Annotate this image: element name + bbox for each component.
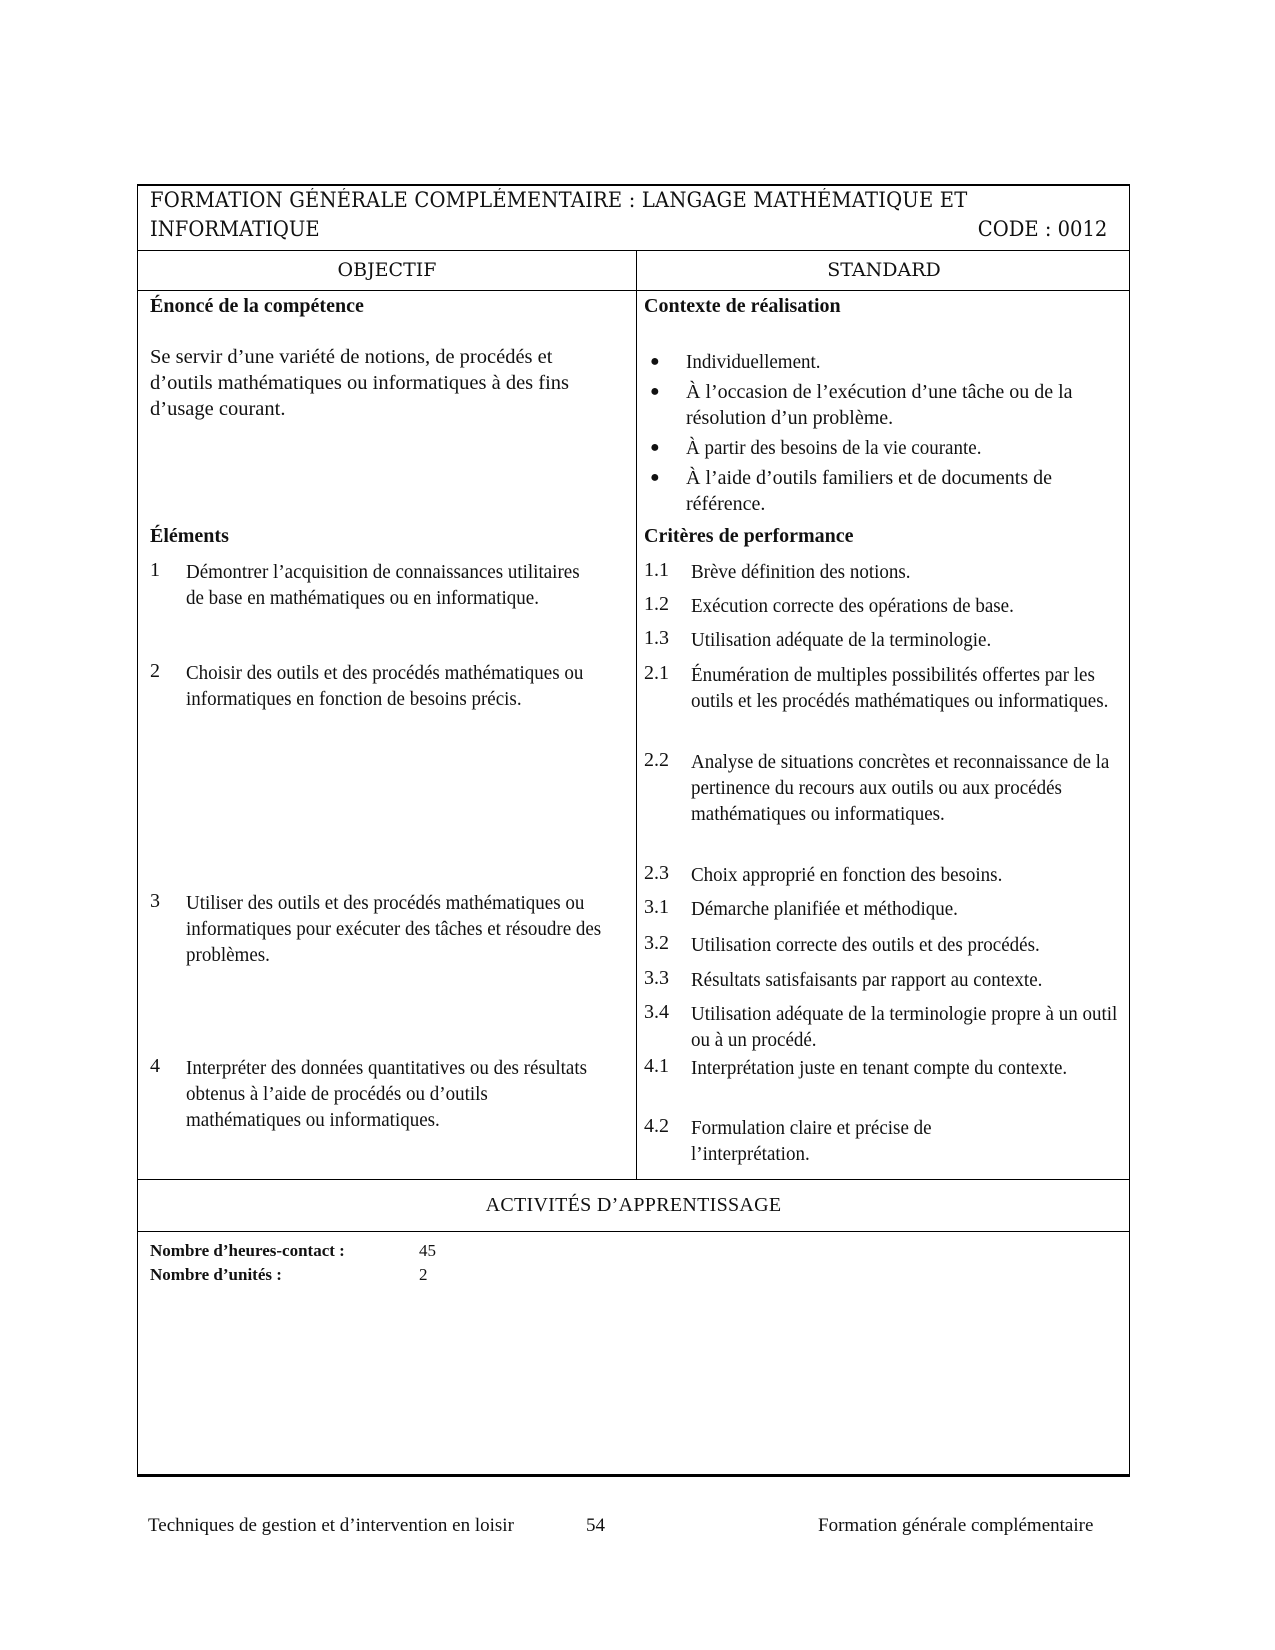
critere-number: 4.2 [644,1115,669,1138]
element-number: 4 [150,1055,160,1078]
contexte-item-text: À l’occasion de l’exécution d’une tâche … [686,379,1086,431]
critere-number: 4.1 [644,1055,669,1078]
column-header-row: OBJECTIF STANDARD [138,251,1129,291]
critere-number: 2.3 [644,862,669,885]
footer-section-name: Formation générale complémentaire [818,1515,1093,1537]
hours-value: 45 [419,1241,436,1261]
contexte-item-text: À l’aide d’outils familiers et de docume… [686,465,1096,517]
units-value: 2 [419,1265,428,1285]
title-row: FORMATION GÉNÉRALE COMPLÉMENTAIRE : LANG… [138,186,1129,251]
critere-number: 1.3 [644,627,669,650]
critere-text: Résultats satisfaisants par rapport au c… [691,967,1109,993]
element-text: Choisir des outils et des procédés mathé… [186,660,595,712]
contexte-item-text: À partir des besoins de la vie courante. [686,435,981,461]
enonce-text: Se servir d’une variété de notions, de p… [150,344,620,422]
critere-text: Utilisation adéquate de la terminologie. [691,627,1109,653]
activities-header-row: ACTIVITÉS D’APPRENTISSAGE [138,1179,1129,1232]
element-number: 2 [150,660,160,683]
bullet-icon: ● [650,349,660,375]
footer-page-number: 54 [586,1515,605,1537]
critere-text: Utilisation adéquate de la terminologie … [691,1001,1128,1053]
contexte-item: ● À l’aide d’outils familiers et de docu… [644,465,1114,517]
course-code: CODE : 0012 [977,217,1107,241]
contexte-item-text: Individuellement. [686,349,821,375]
footer-program-name: Techniques de gestion et d’intervention … [148,1515,514,1537]
critere-text: Utilisation correcte des outils et des p… [691,932,1109,958]
contexte-heading: Contexte de réalisation [644,295,841,318]
criteres-heading: Critères de performance [644,525,854,548]
element-text: Interpréter des données quantitatives ou… [186,1055,595,1133]
contexte-item: ● À partir des besoins de la vie courant… [644,435,1114,461]
contexte-item: ● À l’occasion de l’exécution d’une tâch… [644,379,1114,431]
critere-number: 3.4 [644,1001,669,1024]
element-text: Utiliser des outils et des procédés math… [186,890,604,968]
critere-text: Brève définition des notions. [691,559,1109,585]
enonce-heading: Énoncé de la compétence [150,295,364,318]
critere-text: Choix approprié en fonction des besoins. [691,862,1109,888]
bullet-icon: ● [650,379,660,405]
units-label: Nombre d’unités : [150,1265,282,1285]
critere-text: Exécution correcte des opérations de bas… [691,593,1109,619]
critere-number: 3.3 [644,967,669,990]
contexte-list: ● Individuellement. ● À l’occasion de l’… [644,349,1114,521]
contexte-item: ● Individuellement. [644,349,1114,375]
document-title-line2: INFORMATIQUE [150,217,320,241]
hours-label: Nombre d’heures-contact : [150,1241,345,1261]
critere-text: Interprétation juste en tenant compte du… [691,1055,1071,1081]
critere-text: Analyse de situations concrètes et recon… [691,749,1128,827]
column-header-objectif: OBJECTIF [138,251,636,290]
bullet-icon: ● [650,435,660,461]
critere-number: 3.1 [644,896,669,919]
critere-number: 1.1 [644,559,669,582]
critere-number: 1.2 [644,593,669,616]
column-divider [636,251,637,1179]
competency-table: FORMATION GÉNÉRALE COMPLÉMENTAIRE : LANG… [137,184,1130,1477]
activities-heading: ACTIVITÉS D’APPRENTISSAGE [138,1180,1129,1231]
element-number: 3 [150,890,160,913]
element-text: Démontrer l’acquisition de connaissances… [186,559,595,611]
critere-text: Démarche planifiée et méthodique. [691,896,1109,922]
critere-text: Énumération de multiples possibilités of… [691,662,1128,714]
element-number: 1 [150,559,160,582]
critere-text: Formulation claire et précise de l’inter… [691,1115,995,1167]
critere-number: 2.1 [644,662,669,685]
critere-number: 2.2 [644,749,669,772]
bullet-icon: ● [650,465,660,491]
document-title-line1: FORMATION GÉNÉRALE COMPLÉMENTAIRE : LANG… [150,188,967,212]
elements-heading: Éléments [150,525,229,548]
critere-number: 3.2 [644,932,669,955]
column-header-standard: STANDARD [637,251,1131,290]
